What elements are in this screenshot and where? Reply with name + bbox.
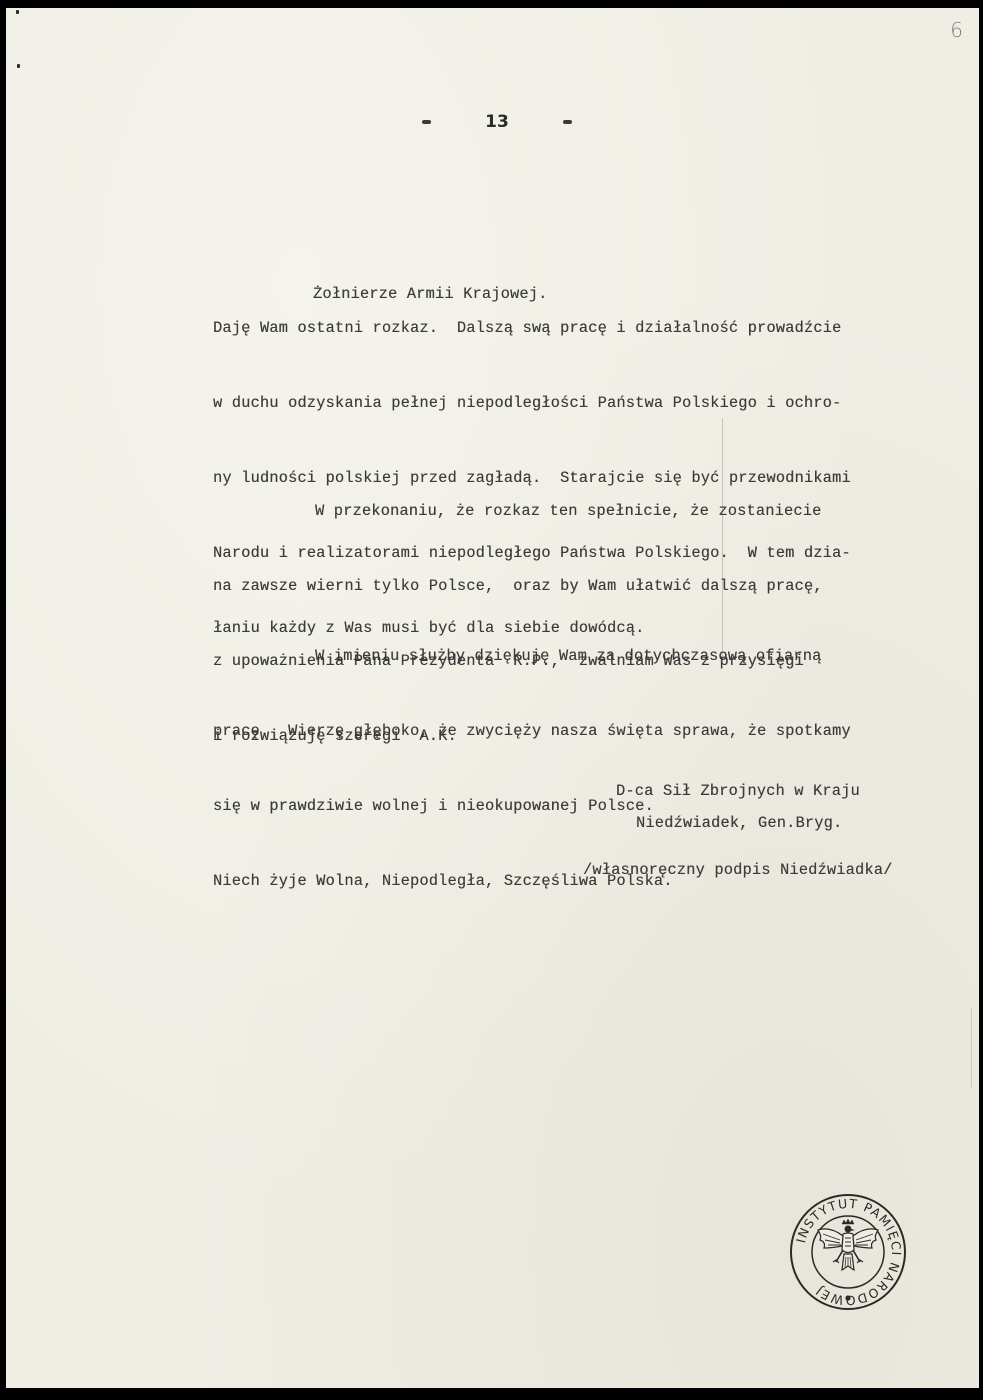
signature-title: D-ca Sił Zbrojnych w Kraju <box>616 779 860 804</box>
text-line: w duchu odzyskania pełnej niepodległości… <box>213 391 851 416</box>
page-number-dash-right <box>563 120 572 124</box>
text-line: pracę. Wierzę głęboko, że zwycięży nasza… <box>213 719 851 744</box>
page-number: 13 <box>422 112 572 132</box>
signature-name: Niedźwiadek, Gen.Bryg. <box>636 811 842 836</box>
document-page: 6 13 Żołnierze Armii Krajowej. Daję Wam … <box>6 8 979 1388</box>
ipn-stamp: INSTYTUT PAMIĘCI NARODOWEJ <box>788 1192 908 1312</box>
signature-note: /własnoręczny podpis Niedźwiadka/ <box>583 858 893 883</box>
eagle-emblem-icon: INSTYTUT PAMIĘCI NARODOWEJ <box>788 1192 908 1312</box>
page-number-value: 13 <box>485 112 509 132</box>
text-line: W przekonaniu, że rozkaz ten spełnicie, … <box>213 499 823 524</box>
paragraph-3: W imieniu służby dziękuję Wam za dotychc… <box>213 594 851 944</box>
text-line: Daję Wam ostatni rozkaz. Dalszą swą prac… <box>213 316 851 341</box>
folio-number: 6 <box>950 18 963 42</box>
page-number-dash-left <box>422 120 431 124</box>
margin-mark <box>17 64 20 68</box>
paper-crease <box>971 1008 972 1088</box>
margin-mark <box>16 10 19 14</box>
text-line: W imieniu służby dziękuję Wam za dotychc… <box>213 644 851 669</box>
